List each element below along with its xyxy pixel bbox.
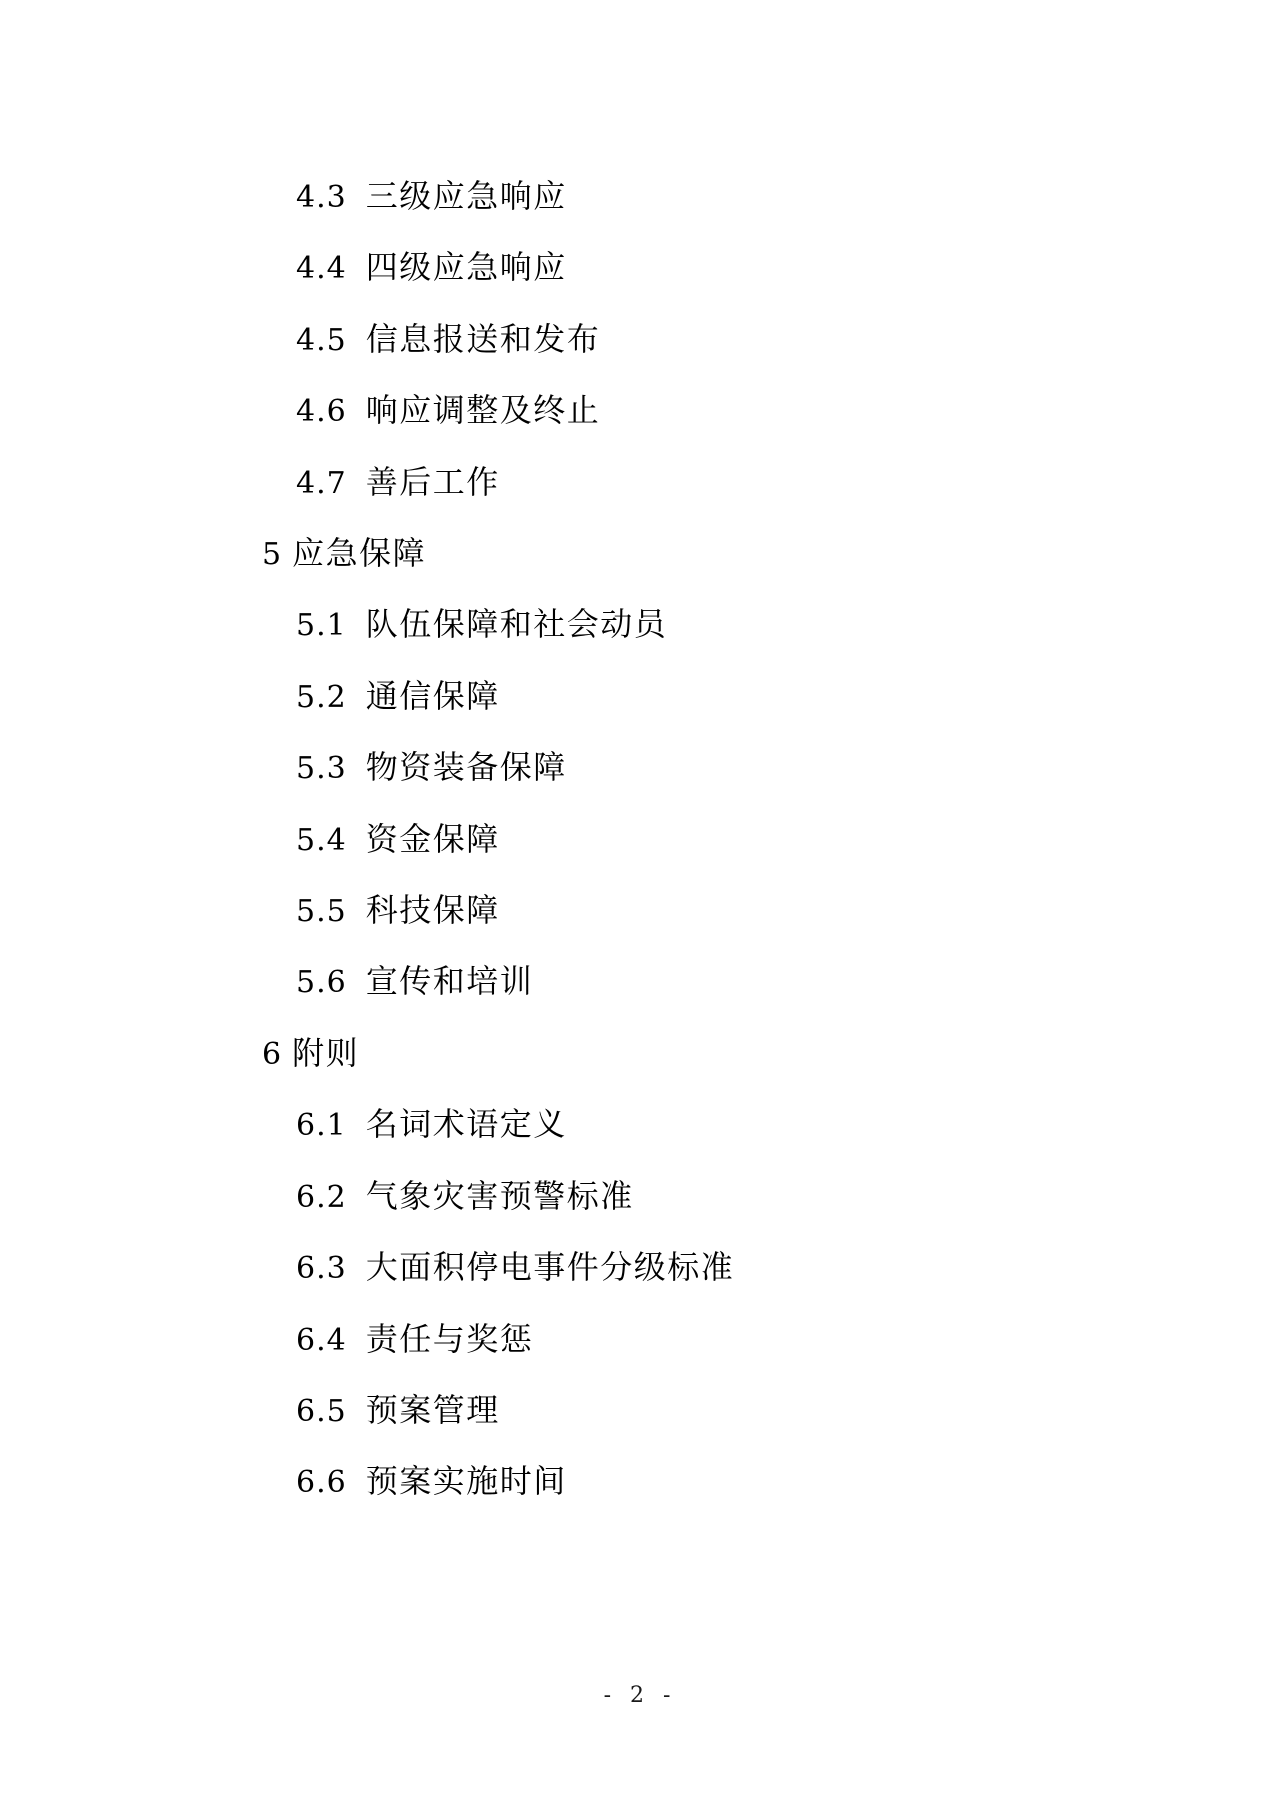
toc-item-number: 5.1 [296,608,347,643]
toc-item-number: 4.4 [296,251,347,286]
toc-item-title: 科技保障 [366,891,500,929]
toc-item: 6.1名词术语定义 [0,1092,1280,1163]
toc-item-number: 4.5 [296,323,347,358]
toc-item-number: 4.7 [296,466,347,501]
toc-item: 5.2通信保障 [0,664,1280,735]
toc-item: 5.1队伍保障和社会动员 [0,592,1280,663]
toc-item-number: 5.2 [296,680,347,715]
toc-item: 5.6宣传和培训 [0,949,1280,1020]
toc-item-number: 6.2 [296,1180,347,1215]
toc-item-number: 6.3 [296,1251,347,1286]
toc-item: 4.6响应调整及终止 [0,378,1280,449]
document-page: 4.3三级应急响应 4.4四级应急响应 4.5信息报送和发布 4.6响应调整及终… [0,0,1280,1809]
toc-item: 6.3大面积停电事件分级标准 [0,1235,1280,1306]
toc-list: 4.3三级应急响应 4.4四级应急响应 4.5信息报送和发布 4.6响应调整及终… [0,164,1280,1521]
toc-item: 5.3物资装备保障 [0,735,1280,806]
toc-item-title: 预案实施时间 [366,1462,567,1500]
toc-item-title: 责任与奖惩 [366,1320,534,1358]
toc-item-number: 4.3 [296,180,347,215]
toc-item-title: 应急保障 [292,534,426,572]
toc-item-title: 四级应急响应 [366,248,567,286]
toc-item-title: 通信保障 [366,677,500,715]
toc-item-number: 5.4 [296,823,347,858]
toc-item: 4.3三级应急响应 [0,164,1280,235]
toc-item: 4.5信息报送和发布 [0,307,1280,378]
toc-item: 4.7善后工作 [0,450,1280,521]
toc-item-title: 队伍保障和社会动员 [366,605,668,643]
toc-item: 6.5预案管理 [0,1378,1280,1449]
page-number: - 2 - [0,1682,1280,1710]
toc-item-title: 物资装备保障 [366,748,567,786]
toc-item: 6.2气象灾害预警标准 [0,1164,1280,1235]
toc-item-title: 气象灾害预警标准 [366,1177,634,1215]
toc-item-number: 6.6 [296,1465,347,1500]
toc-item-title: 预案管理 [366,1391,500,1429]
toc-item-number: 5.6 [296,965,347,1000]
toc-item: 5.5科技保障 [0,878,1280,949]
toc-item: 6附则 [0,1021,1280,1092]
toc-item-number: 5.3 [296,751,347,786]
toc-item: 5.4资金保障 [0,807,1280,878]
toc-item: 6.6预案实施时间 [0,1449,1280,1520]
toc-item: 5应急保障 [0,521,1280,592]
toc-item-title: 响应调整及终止 [366,391,601,429]
toc-item-title: 大面积停电事件分级标准 [366,1248,735,1286]
toc-item-title: 名词术语定义 [366,1105,567,1143]
toc-item-number: 5 [262,537,282,572]
toc-item-number: 6.5 [296,1394,347,1429]
toc-item-number: 6.4 [296,1323,347,1358]
toc-item: 6.4责任与奖惩 [0,1307,1280,1378]
toc-item-title: 资金保障 [366,820,500,858]
toc-item-title: 三级应急响应 [366,177,567,215]
toc-item: 4.4四级应急响应 [0,235,1280,306]
toc-item-number: 5.5 [296,894,347,929]
toc-item-number: 6.1 [296,1108,347,1143]
toc-item-title: 信息报送和发布 [366,320,601,358]
toc-item-title: 善后工作 [366,463,500,501]
toc-item-number: 4.6 [296,394,347,429]
toc-item-title: 附则 [292,1034,359,1072]
toc-item-title: 宣传和培训 [366,962,534,1000]
toc-item-number: 6 [262,1037,282,1072]
